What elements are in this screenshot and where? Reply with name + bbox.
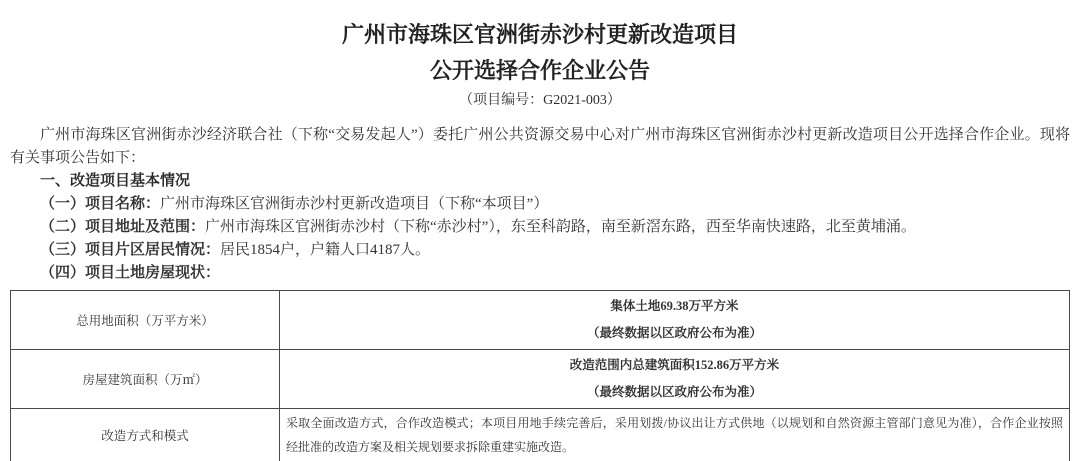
value-line-1: 改造范围内总建筑面积152.86万平方米 — [286, 352, 1063, 379]
section-heading: 一、改造项目基本情况 — [10, 170, 1070, 193]
item-label: （二）项目地址及范围： — [40, 219, 205, 235]
row-value: 采取全面改造方式，合作改造模式；本项目用地手续完善后，采用划拨/协议出让方式供地… — [280, 409, 1070, 461]
list-item-land-status: （四）项目土地房屋现状： — [10, 262, 1070, 285]
item-label: （三）项目片区居民情况： — [40, 242, 220, 258]
item-text: 广州市海珠区官洲街赤沙村（下称“赤沙村”），东至科韵路，南至新滘东路，西至华南快… — [205, 219, 916, 235]
list-item-residents: （三）项目片区居民情况：居民1854户，户籍人口4187人。 — [10, 239, 1070, 262]
value-line-2: （最终数据以区政府公布为准） — [286, 379, 1063, 406]
list-item-project-address: （二）项目地址及范围：广州市海珠区官洲街赤沙村（下称“赤沙村”），东至科韵路，南… — [10, 216, 1070, 239]
row-label: 总用地面积（万平方米） — [11, 291, 280, 350]
value-line-1: 集体土地69.38万平方米 — [286, 293, 1063, 320]
list-item-project-name: （一）项目名称：广州市海珠区官洲街赤沙村更新改造项目（下称“本项目”） — [10, 193, 1070, 216]
page-title-line2: 公开选择合作企业公告 — [10, 56, 1070, 86]
item-text: 居民1854户，户籍人口4187人。 — [220, 242, 430, 258]
row-value: 改造范围内总建筑面积152.86万平方米 （最终数据以区政府公布为准） — [280, 350, 1070, 409]
project-status-table: 总用地面积（万平方米） 集体土地69.38万平方米 （最终数据以区政府公布为准）… — [10, 290, 1070, 461]
mode-text: 采取全面改造方式，合作改造模式；本项目用地手续完善后，采用划拨/协议出让方式供地… — [286, 411, 1063, 459]
item-label: （一）项目名称： — [40, 196, 160, 212]
row-label: 改造方式和模式 — [11, 409, 280, 461]
value-line-2: （最终数据以区政府公布为准） — [286, 320, 1063, 347]
item-label: （四）项目土地房屋现状： — [40, 265, 220, 281]
announcement-document: 广州市海珠区官洲街赤沙村更新改造项目 公开选择合作企业公告 （项目编号：G202… — [0, 0, 1080, 461]
row-label: 房屋建筑面积（万㎡） — [11, 350, 280, 409]
page-title-line1: 广州市海珠区官洲街赤沙村更新改造项目 — [10, 20, 1070, 50]
table-row-land-area: 总用地面积（万平方米） 集体土地69.38万平方米 （最终数据以区政府公布为准） — [11, 291, 1070, 350]
intro-paragraph: 广州市海珠区官洲街赤沙经济联合社（下称“交易发起人”）委托广州公共资源交易中心对… — [10, 124, 1070, 170]
item-text: 广州市海珠区官洲街赤沙村更新改造项目（下称“本项目”） — [160, 196, 548, 212]
project-number: （项目编号：G2021-003） — [10, 92, 1070, 110]
row-value: 集体土地69.38万平方米 （最终数据以区政府公布为准） — [280, 291, 1070, 350]
table-row-building-area: 房屋建筑面积（万㎡） 改造范围内总建筑面积152.86万平方米 （最终数据以区政… — [11, 350, 1070, 409]
table-row-renovation-mode: 改造方式和模式 采取全面改造方式，合作改造模式；本项目用地手续完善后，采用划拨/… — [11, 409, 1070, 461]
